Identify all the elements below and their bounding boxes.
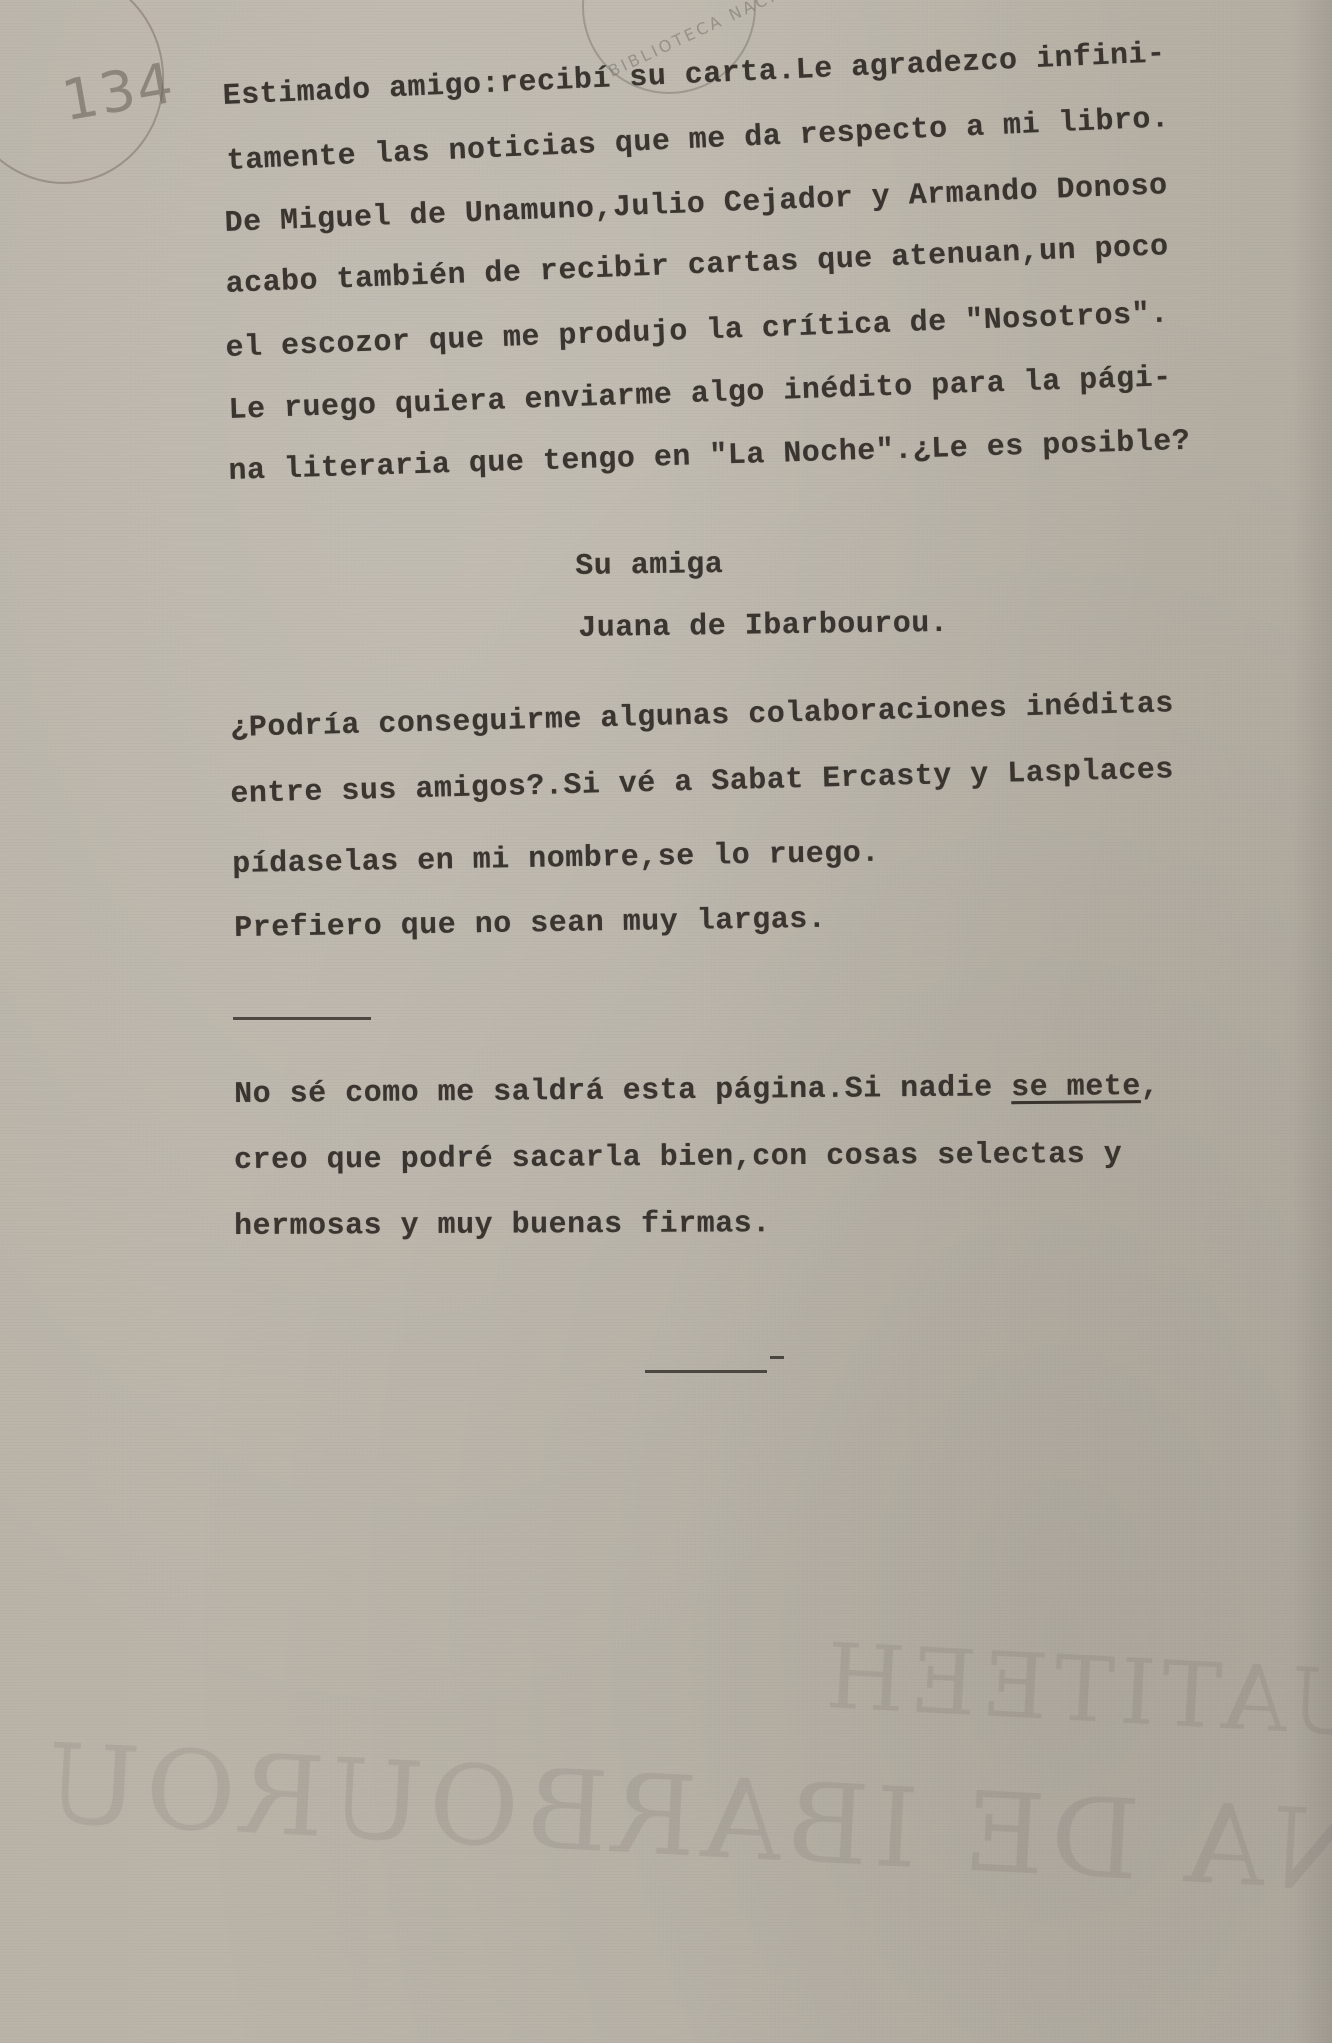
postscript-line: Prefiero que no sean muy largas. bbox=[234, 903, 827, 946]
letter-line: De Miguel de Unamuno,Julio Cejador y Arm… bbox=[224, 169, 1168, 241]
postscript-line: entre sus amigos?.Si vé a Sabat Ercasty … bbox=[230, 753, 1174, 812]
letter-line: Le ruego quiera enviarme algo inédito pa… bbox=[228, 361, 1172, 428]
bleed-through-text: CUATITEEH bbox=[818, 1624, 1332, 1761]
final-note-line: No sé como me saldrá esta página.Si nadi… bbox=[234, 1070, 1159, 1112]
end-mark-line bbox=[645, 1370, 767, 1373]
final-note-text: No sé como me saldrá esta página.Si nadi… bbox=[234, 1071, 1011, 1112]
final-note-text: , bbox=[1141, 1070, 1160, 1104]
letter-signature: Juana de Ibarbourou. bbox=[578, 607, 949, 646]
end-mark-dash bbox=[770, 1356, 784, 1359]
postscript-line: pídaselas en mi nombre,se lo ruego. bbox=[232, 837, 880, 882]
section-divider bbox=[233, 1017, 371, 1020]
bleed-through-text: JUANA DE IBARBOUROU bbox=[38, 1719, 1332, 1928]
letter-closing: Su amiga bbox=[575, 548, 723, 584]
scanned-letter-page: CUATITEEH JUANA DE IBARBOUROU 134 BIBLIO… bbox=[0, 0, 1332, 2043]
final-note-line: creo que podré sacarla bien,con cosas se… bbox=[234, 1138, 1122, 1178]
letter-line: acabo también de recibir cartas que aten… bbox=[225, 230, 1169, 302]
postscript-line: ¿Podría conseguirme algunas colaboracion… bbox=[230, 687, 1174, 746]
letter-line: na literaria que tengo en "La Noche".¿Le… bbox=[228, 425, 1191, 489]
underlined-phrase: se mete bbox=[1011, 1070, 1141, 1105]
letter-line: el escozor que me produjo la crítica de … bbox=[225, 297, 1169, 366]
letter-line: tamente las noticias que me da respecto … bbox=[226, 102, 1170, 179]
final-note-line: hermosas y muy buenas firmas. bbox=[234, 1207, 771, 1244]
